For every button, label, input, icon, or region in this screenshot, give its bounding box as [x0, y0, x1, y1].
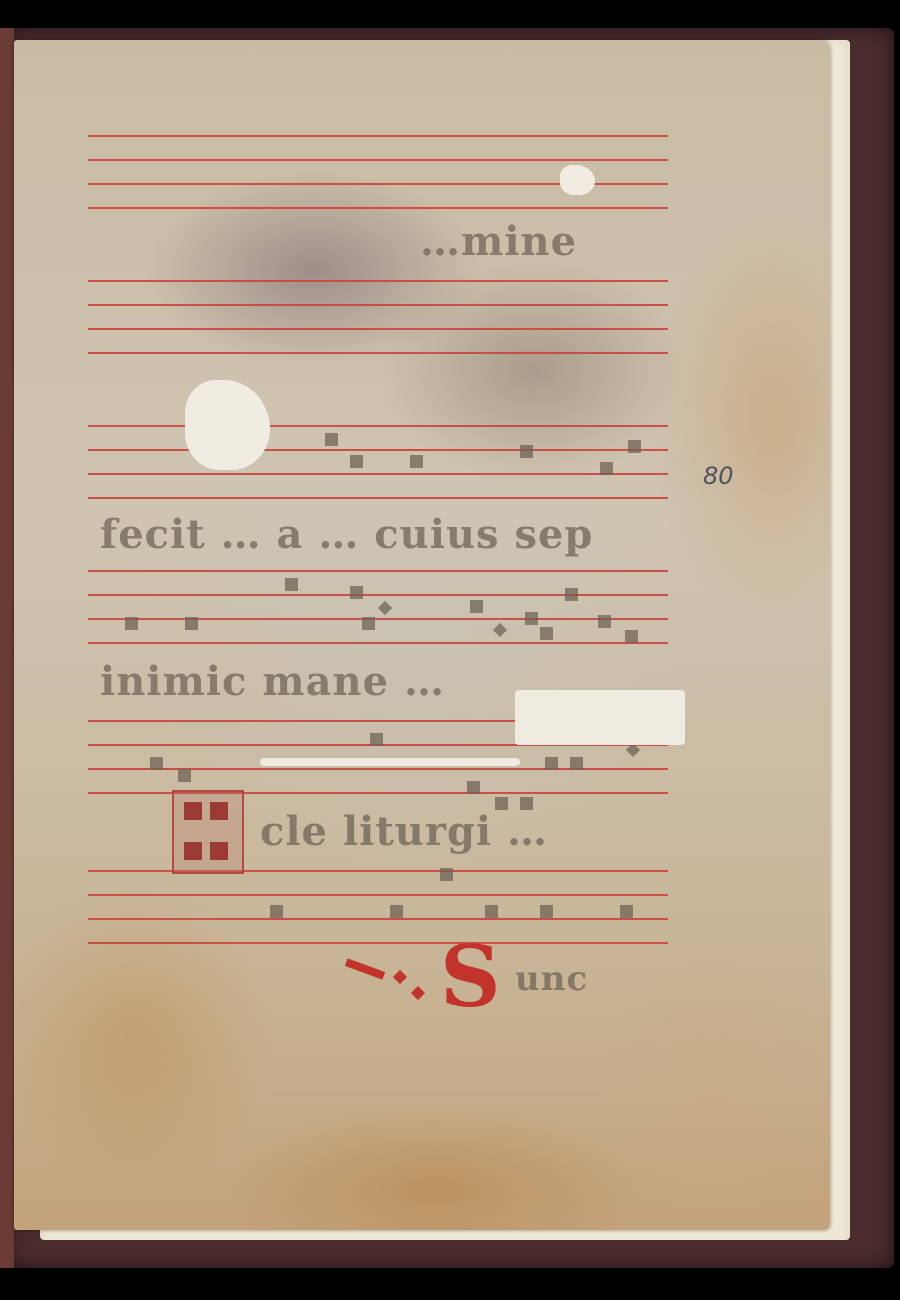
folio-number: 80 [703, 462, 734, 490]
text-line-1: …mine [420, 222, 577, 262]
staff-6 [88, 870, 668, 950]
top-black-band [0, 0, 900, 28]
text-line-3: inimic mane … [100, 662, 445, 702]
text-line-4: cle liturgi … [260, 812, 548, 852]
parchment-tear [260, 758, 520, 766]
text-line-5: unc [515, 962, 588, 996]
staff-3 [88, 425, 668, 505]
staff-4 [88, 570, 668, 650]
decorated-initial [172, 790, 244, 874]
parchment-hole [560, 165, 595, 195]
binding-edge [0, 28, 14, 1268]
staff-2 [88, 280, 668, 360]
text-line-2: fecit … a … cuius sep [100, 515, 593, 555]
red-capital-s: S [440, 935, 501, 1019]
parchment-tear [515, 690, 685, 745]
